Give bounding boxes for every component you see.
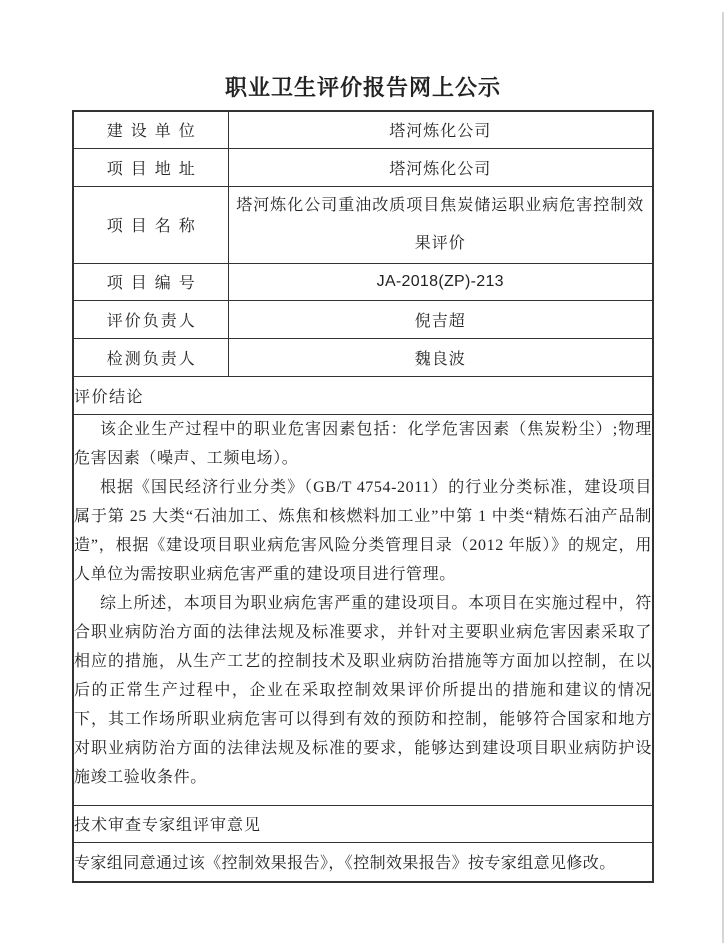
table-row: 技术审查专家组评审意见: [73, 805, 653, 842]
conclusion-body-cell: 该企业生产过程中的职业危害因素包括：化学危害因素（焦炭粉尘）;物理危害因素（噪声…: [73, 414, 653, 805]
field-label-text: 项目地址: [107, 156, 195, 179]
page-edge-line: [722, 12, 724, 943]
table-row: 项目编号 JA-2018(ZP)-213: [73, 263, 653, 300]
table-row: 项目地址 塔河炼化公司: [73, 148, 653, 186]
field-label: 检测负责人: [73, 338, 228, 376]
field-label-text: 项目名称: [107, 213, 195, 236]
conclusion-paragraph: 综上所述，本项目为职业病危害严重的建设项目。本项目在实施过程中，符合职业病防治方…: [74, 589, 652, 792]
field-value: 魏良波: [228, 338, 653, 376]
field-value: JA-2018(ZP)-213: [228, 263, 653, 300]
conclusion-header-cell: 评价结论: [73, 376, 653, 414]
field-label: 项目名称: [73, 186, 228, 263]
notice-table: 建设单位 塔河炼化公司 项目地址 塔河炼化公司 项目名称 塔河炼化公司重油改质项…: [72, 110, 654, 883]
field-label-text: 检测负责人: [107, 346, 195, 369]
table-row: 评价结论: [73, 376, 653, 414]
expert-opinion-cell: 专家组同意通过该《控制效果报告》，《控制效果报告》按专家组意见修改。: [73, 842, 653, 882]
table-row: 评价负责人 倪吉超: [73, 300, 653, 338]
table-row: 建设单位 塔河炼化公司: [73, 111, 653, 148]
table-row: 专家组同意通过该《控制效果报告》，《控制效果报告》按专家组意见修改。: [73, 842, 653, 882]
field-label-text: 项目编号: [107, 270, 195, 293]
table-row: 检测负责人 魏良波: [73, 338, 653, 376]
field-label-text: 评价负责人: [107, 308, 195, 331]
expert-review-header-cell: 技术审查专家组评审意见: [73, 805, 653, 842]
table-row: 项目名称 塔河炼化公司重油改质项目焦炭储运职业病危害控制效果评价: [73, 186, 653, 263]
field-label: 项目编号: [73, 263, 228, 300]
field-value: 塔河炼化公司: [228, 111, 653, 148]
table-row: 该企业生产过程中的职业危害因素包括：化学危害因素（焦炭粉尘）;物理危害因素（噪声…: [73, 414, 653, 805]
field-label: 建设单位: [73, 111, 228, 148]
field-label: 评价负责人: [73, 300, 228, 338]
conclusion-paragraph: 根据《国民经济行业分类》（GB/T 4754-2011）的行业分类标准，建设项目…: [74, 473, 652, 589]
conclusion-paragraph: 该企业生产过程中的职业危害因素包括：化学危害因素（焦炭粉尘）;物理危害因素（噪声…: [74, 415, 652, 473]
field-value: 倪吉超: [228, 300, 653, 338]
field-value: 塔河炼化公司重油改质项目焦炭储运职业病危害控制效果评价: [228, 186, 653, 263]
field-value: 塔河炼化公司: [228, 148, 653, 186]
field-label-text: 建设单位: [107, 118, 195, 141]
field-label: 项目地址: [73, 148, 228, 186]
page-title: 职业卫生评价报告网上公示: [72, 74, 654, 102]
